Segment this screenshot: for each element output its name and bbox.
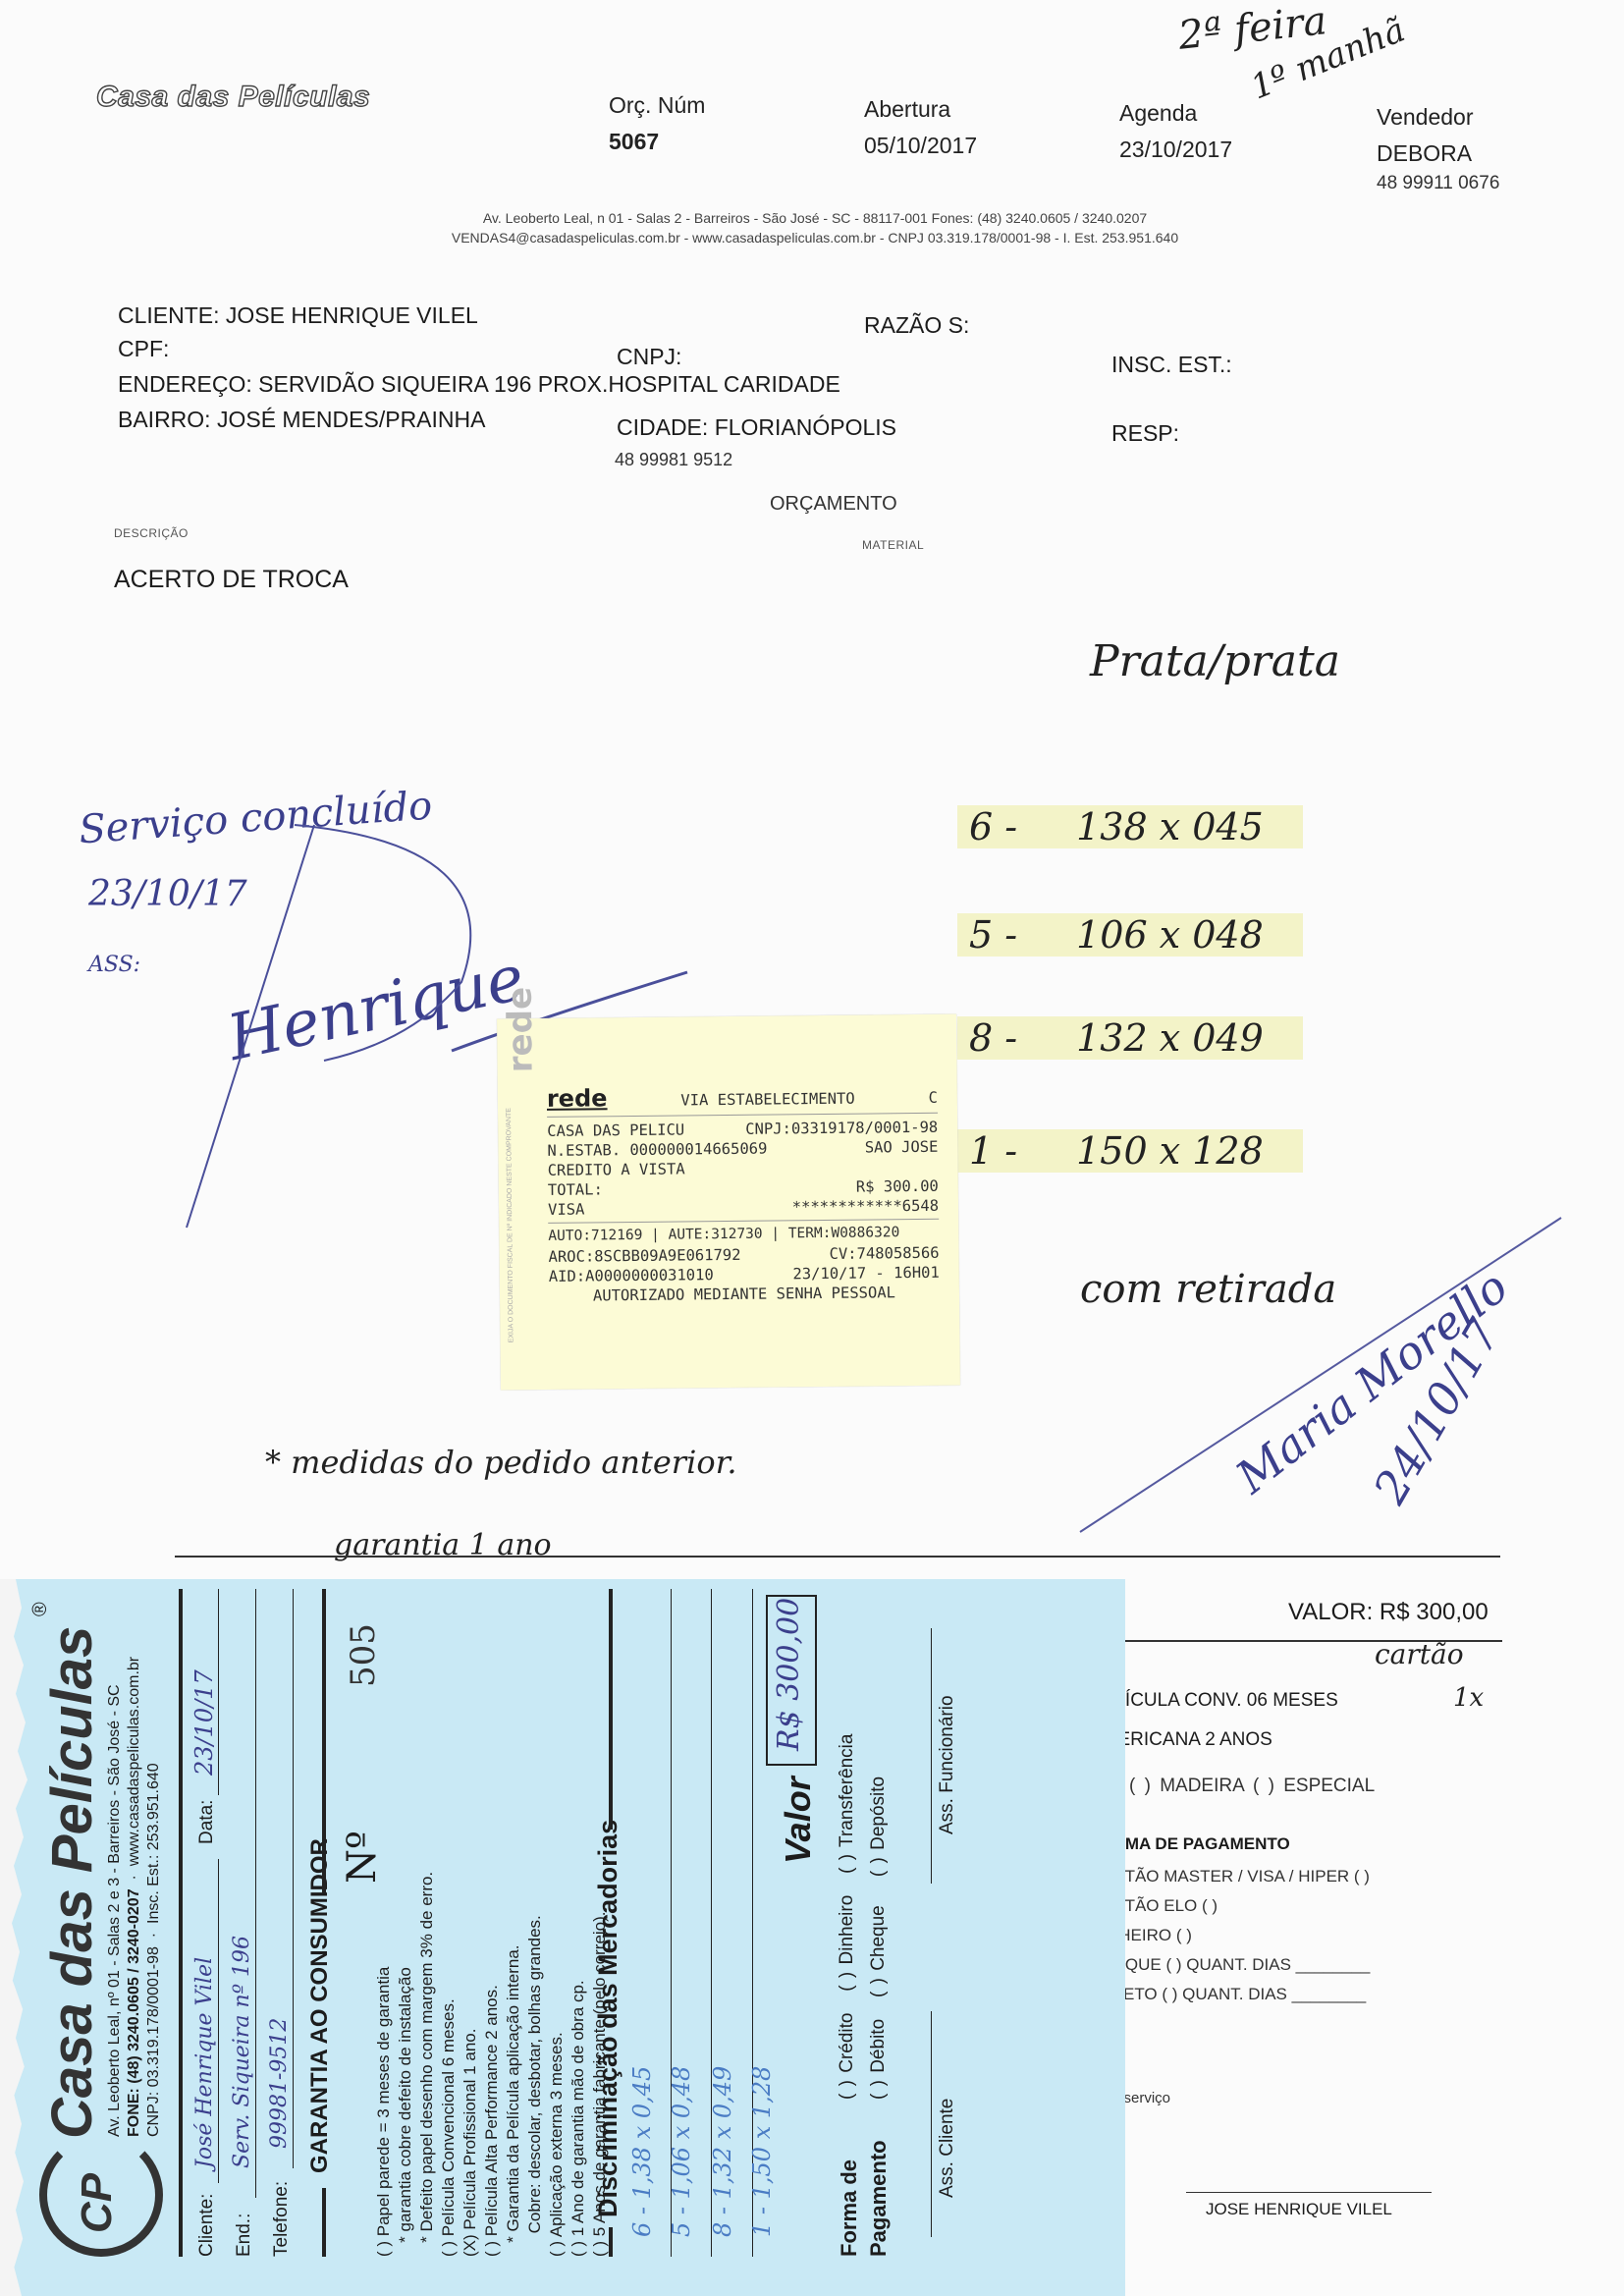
warranty-item: * garantia cobre defeito de instalação bbox=[395, 1872, 416, 2257]
receipt-card-number: ************6548 bbox=[792, 1197, 939, 1217]
receipt-total-label: TOTAL: bbox=[548, 1180, 603, 1199]
warranty-item: ( ) Película Alta Performance 2 anos. bbox=[481, 1872, 503, 2257]
receipt-aroc: AROC:8SCBB09A9E061792 bbox=[548, 1246, 740, 1266]
slip-brand: Casa das Películas bbox=[39, 1626, 105, 2139]
receipt-via-code: C bbox=[928, 1089, 938, 1109]
slip-data-label: Data: bbox=[196, 1800, 218, 1844]
mercadoria-line: 1 - 1,50 x 1,28 bbox=[748, 2066, 776, 2237]
slip-insc: Insc. Est.: 253.951.640 bbox=[145, 1763, 162, 1924]
pay-dinheiro-checkbox[interactable]: ( ) Dinheiro bbox=[837, 1895, 857, 1992]
slip-mercadorias-title: Discriminação das Mercadorias bbox=[593, 1820, 623, 2217]
mercadoria-line: 5 - 1,06 x 0,48 bbox=[668, 2066, 695, 2237]
slip-pay-row-2: ( ) Débito ( ) Cheque ( ) Depósito bbox=[868, 1777, 890, 2100]
slip-ass-cliente: Ass. Cliente bbox=[937, 2099, 958, 2198]
slip-cnpj: CNPJ: 03.319.178/0001-98 bbox=[145, 1946, 162, 2137]
receipt-city: SAO JOSE bbox=[865, 1138, 939, 1157]
pay-transferencia-checkbox[interactable]: ( ) Transferência bbox=[837, 1734, 857, 1874]
receipt-aid: AID:A0000000031010 bbox=[549, 1266, 714, 1285]
receipt-via: VIA ESTABELECIMENTO bbox=[680, 1090, 855, 1112]
ass-cliente-line bbox=[931, 2011, 932, 2237]
warranty-item: Cobre: descolar, desbotar, bolhas grande… bbox=[524, 1872, 546, 2257]
rede-vertical-logo: rede bbox=[501, 987, 541, 1073]
slip-forma-label-1: Forma de bbox=[837, 2159, 862, 2257]
rede-logo: rede bbox=[547, 1084, 608, 1113]
pay-debito-checkbox[interactable]: ( ) Débito bbox=[868, 2019, 889, 2100]
option-americana: AMERICANA 2 ANOS bbox=[1090, 1721, 1338, 1760]
slip-valor-label: Valor bbox=[778, 1777, 819, 1864]
pay-cheque-checkbox[interactable]: ( ) Cheque bbox=[868, 1905, 889, 1997]
mercadoria-line: 8 - 1,32 x 0,49 bbox=[709, 2066, 736, 2237]
receipt-type: CREDITO A VISTA bbox=[548, 1160, 685, 1178]
slip-site: www.casadaspeliculas.com.br bbox=[126, 1657, 142, 1866]
valor-label: VALOR: bbox=[1288, 1599, 1373, 1625]
warranty-items-list: ( ) Papel parede = 3 meses de garantia *… bbox=[373, 1872, 611, 2257]
slip-tax-ids: CNPJ: 03.319.178/0001-98 · Insc. Est.: 2… bbox=[145, 1763, 163, 2137]
slip-cliente-value: José Henrique Vilel bbox=[192, 1957, 217, 2168]
slip-pay-row-1: ( ) Crédito ( ) Dinheiro ( ) Transferênc… bbox=[837, 1734, 858, 2100]
pagamento-option-elo: CARTÃO ELO ( ) bbox=[1090, 1891, 1370, 1921]
valor-value: R$ 300,00 bbox=[1380, 1599, 1489, 1625]
pagamento-option-boleto: BOLETO ( ) QUANT. DIAS ________ bbox=[1090, 1980, 1370, 2009]
slip-end-label: End.: bbox=[234, 2214, 255, 2257]
receipt-card-brand: VISA bbox=[548, 1201, 585, 1219]
client-signature-name: JOSE HENRIQUE VILEL bbox=[1206, 2200, 1392, 2219]
pay-deposito-checkbox[interactable]: ( ) Depósito bbox=[868, 1777, 889, 1877]
signature-line bbox=[1186, 2192, 1432, 2193]
slip-valor-value: R$ 300,00 bbox=[772, 1598, 806, 1751]
slip-ass-funcionario: Ass. Funcionário bbox=[937, 1695, 958, 1834]
warranty-item: (X) Película Profissional 1 ano. bbox=[460, 1872, 481, 2257]
handwritten-medidas-note: * medidas do pedido anterior. bbox=[265, 1444, 737, 1481]
receipt-margin-text: EXIJA O DOCUMENTO FISCAL DE Nº INDICADO … bbox=[506, 1108, 515, 1342]
pay-credito-checkbox[interactable]: ( ) Crédito bbox=[837, 2013, 857, 2100]
torn-edge bbox=[0, 1579, 39, 2296]
slip-address: Av. Leoberto Leal, nº 01 - Salas 2 e 3 -… bbox=[106, 1684, 124, 2137]
warranty-item: ( ) 1 Ano de garantia mão de obra cp. bbox=[568, 1872, 589, 2257]
handwritten-cartao: cartão bbox=[1375, 1638, 1464, 1670]
product-options: PELÍCULA CONV. 06 MESES AMERICANA 2 ANOS bbox=[1090, 1681, 1338, 1760]
slip-no-value: 505 bbox=[344, 1623, 383, 1687]
warranty-slip: CP Casa das Películas ® Av. Leoberto Lea… bbox=[0, 1579, 1125, 2296]
slip-cliente-label: Cliente: bbox=[196, 2194, 218, 2257]
warranty-item: ( ) Película Convencional 6 meses. bbox=[438, 1872, 460, 2257]
pagamento-option-cheque: CHEQUE ( ) QUANT. DIAS ________ bbox=[1090, 1950, 1370, 1980]
slip-telefone-value: 99981-9512 bbox=[267, 2018, 292, 2149]
receipt-merchant: CASA DAS PELICU bbox=[547, 1121, 684, 1139]
slip-contact: FONE: (48) 3240.0605 / 3240-0207 · www.c… bbox=[126, 1657, 143, 2137]
card-payment-receipt: rede EXIJA O DOCUMENTO FISCAL DE Nº INDI… bbox=[497, 1014, 960, 1391]
option-pelicula-conv: PELÍCULA CONV. 06 MESES bbox=[1090, 1681, 1338, 1721]
receipt-datetime: 23/10/17 - 16H01 bbox=[792, 1264, 939, 1284]
receipt-cnpj: CNPJ:03319178/0001-98 bbox=[745, 1119, 938, 1138]
slip-header-rule bbox=[179, 1589, 183, 2257]
receipt-auth-message: AUTORIZADO MEDIANTE SENHA PESSOAL bbox=[593, 1284, 895, 1304]
slip-warranty-title: GARANTIA AO CONSUMIDOR bbox=[306, 1838, 334, 2173]
signature-strokes bbox=[0, 0, 1624, 1669]
warranty-item: * Garantia da Película aplicação interna… bbox=[503, 1872, 524, 2257]
divider-top bbox=[175, 1556, 1500, 1558]
receipt-total-value: R$ 300.00 bbox=[856, 1177, 939, 1196]
slip-forma-label-2: Pagamento bbox=[866, 2140, 892, 2257]
receipt-estab: N.ESTAB. 000000014665069 bbox=[547, 1140, 767, 1160]
registered-icon: ® bbox=[29, 1602, 52, 1616]
slip-end-value: Serv. Siqueira nº 196 bbox=[230, 1936, 254, 2168]
pagamento-option-cartao: CARTÃO MASTER / VISA / HIPER ( ) bbox=[1090, 1862, 1370, 1891]
slip-data-value: 23/10/17 bbox=[190, 1669, 218, 1776]
cp-logo-icon: CP bbox=[39, 2133, 163, 2257]
warranty-item: * Defeito papel desenho com margem 3% de… bbox=[416, 1872, 438, 2257]
pagamento-options: CARTÃO MASTER / VISA / HIPER ( ) CARTÃO … bbox=[1090, 1862, 1370, 2009]
material-options: ( ) MADEIRA ( ) ESPECIAL bbox=[1129, 1776, 1375, 1797]
warranty-item: ( ) Aplicação externa 3 meses. bbox=[546, 1872, 568, 2257]
pagamento-option-dinheiro: DINHEIRO ( ) bbox=[1090, 1921, 1370, 1950]
warranty-item: ( ) Papel parede = 3 meses de garantia bbox=[373, 1872, 395, 2257]
mercadoria-line: 6 - 1,38 x 0,45 bbox=[628, 2066, 656, 2237]
ass-funcionario-line bbox=[931, 1628, 932, 1884]
slip-telefone-label: Telefone: bbox=[271, 2181, 293, 2257]
valor-field: VALOR: R$ 300,00 bbox=[1288, 1599, 1489, 1626]
handwritten-parcelas: 1x bbox=[1453, 1683, 1484, 1713]
receipt-auth-codes: AUTO:712169 | AUTE:312730 | TERM:W088632… bbox=[548, 1225, 899, 1244]
slip-phone: FONE: (48) 3240.0605 / 3240-0207 bbox=[126, 1888, 142, 2137]
receipt-cv: CV:748058566 bbox=[829, 1244, 939, 1263]
